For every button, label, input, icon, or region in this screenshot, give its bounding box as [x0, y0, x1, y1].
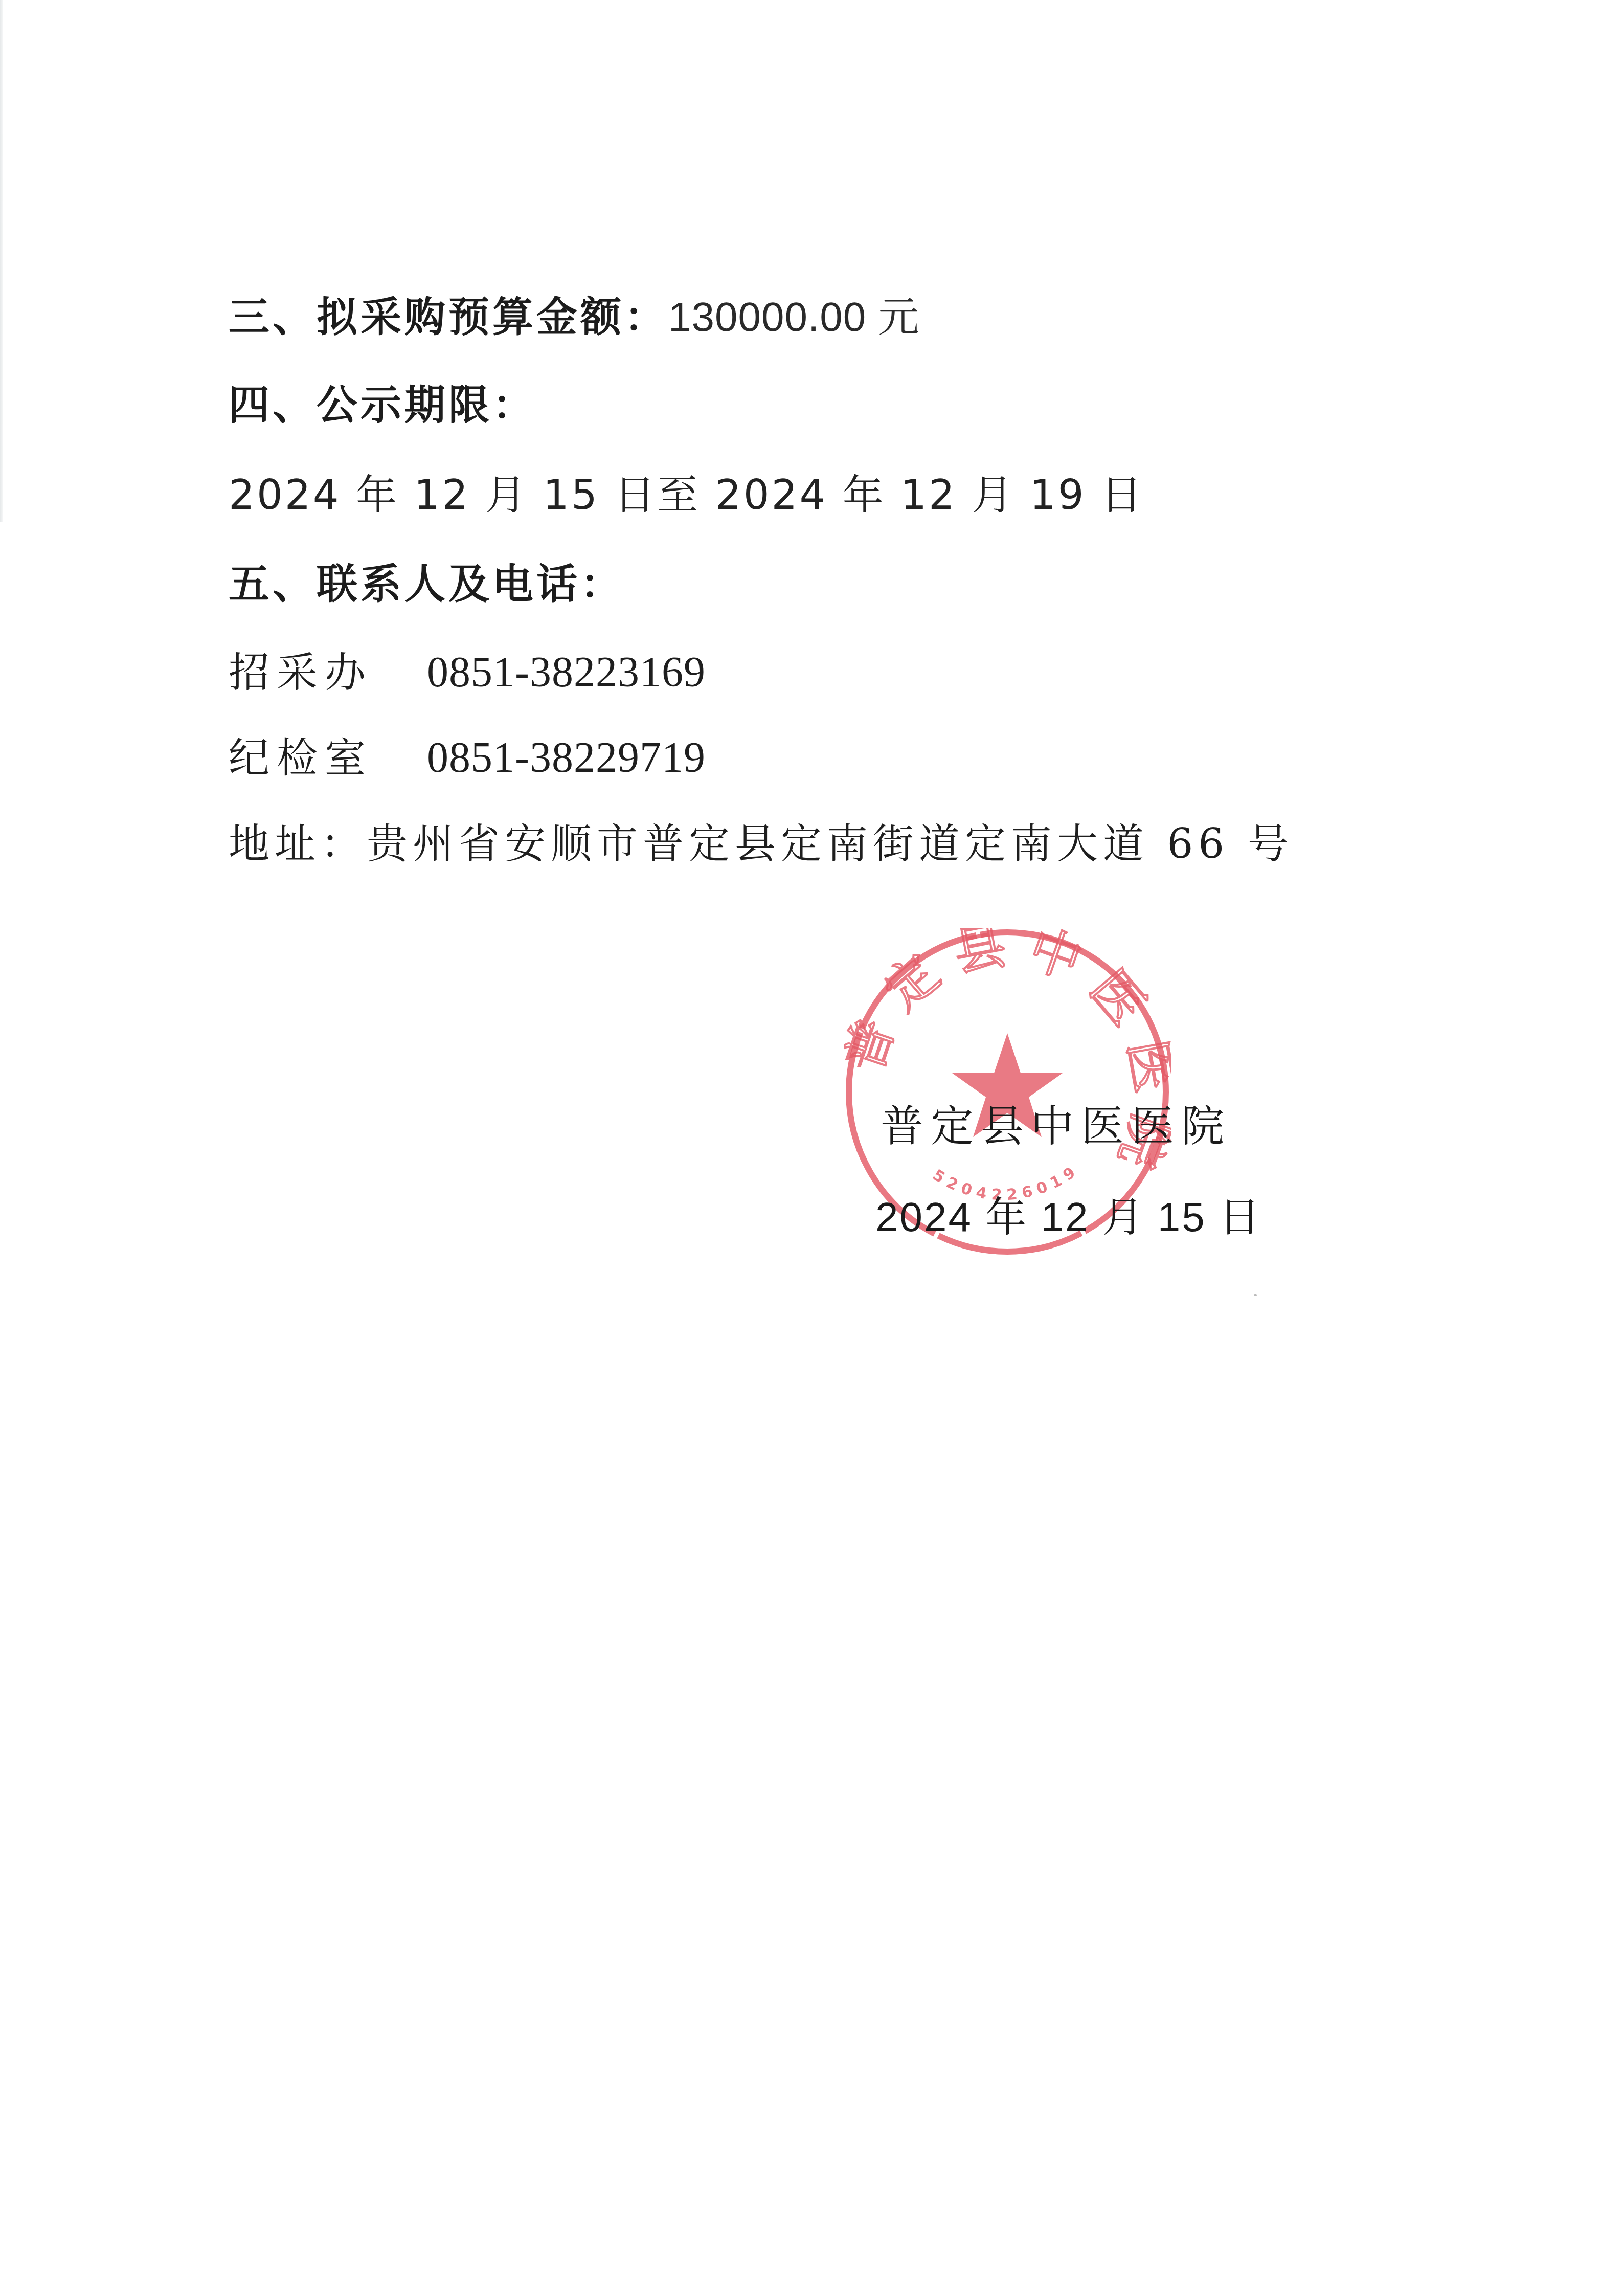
contact-phone: 0851-38223169: [427, 649, 706, 696]
period-value: 2024 年 12 月 15 日至 2024 年 12 月 19 日: [229, 475, 1144, 516]
signature-organization: 普定县中医医院: [881, 1105, 1231, 1148]
contact-row-procurement: 招采办0851-38223169: [229, 651, 706, 694]
period-heading: 四、公示期限：: [229, 385, 536, 426]
scan-speck: [1254, 1294, 1257, 1296]
signature-date: 2024 年 12 月 15 日: [875, 1197, 1261, 1238]
scan-page-edge: [0, 0, 3, 522]
contact-label: 招采办: [229, 652, 427, 693]
contact-phone: 0851-38229719: [427, 734, 706, 782]
budget-unit: 元: [866, 294, 919, 340]
contact-row-discipline: 纪检室0851-38229719: [229, 737, 706, 779]
budget-amount: 130000.00: [668, 294, 866, 340]
contact-label: 纪检室: [229, 738, 427, 778]
contacts-heading: 五、联系人及电话：: [229, 564, 624, 605]
address-line: 地址：贵州省安顺市普定县定南街道定南大道 66 号: [229, 823, 1294, 864]
budget-line: 三、拟采购预算金额：130000.00 元: [229, 297, 919, 338]
budget-heading: 三、拟采购预算金额：: [229, 293, 668, 341]
